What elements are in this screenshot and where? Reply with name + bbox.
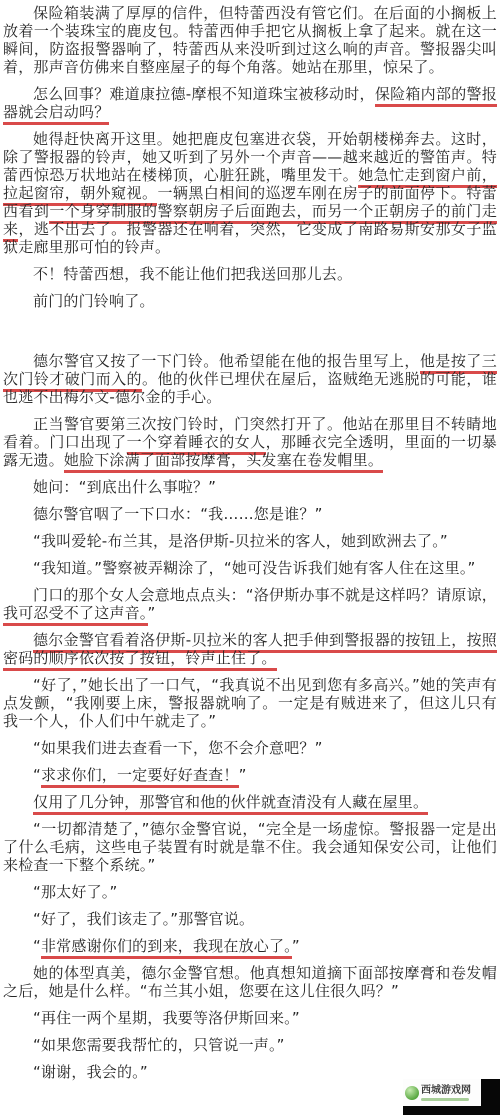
paragraph: “我叫爱轮-布兰其，是洛伊斯-贝拉米的客人，她到欧洲去了。”: [3, 532, 497, 550]
article-text: 保险箱装满了厚厚的信件，但特蕾西没有管它们。在后面的小搁板上放着一个装珠宝的鹿皮…: [3, 4, 497, 1081]
watermark: 西城游戏网: [403, 1079, 500, 1115]
paragraph-text: “那太好了。”: [33, 883, 117, 901]
paragraph: “如果我们进去查看一下，您不会介意吧？”: [3, 739, 497, 757]
paragraph: 不！特蕾西想，我不能让他们把我送回那儿去。: [3, 265, 497, 283]
paragraph-text: “好了，”她长出了一口气，“我真说不出见到您有多高兴。”她的笑声有点发颤，“我刚…: [3, 676, 497, 730]
paragraph-text: “再住一两个星期，我要等洛伊斯回来。”: [33, 1009, 300, 1027]
paragraph-text: “我知道。”警察被弄糊涂了，“她可没告诉我们她有客人住在这里。”: [33, 559, 476, 577]
paragraph-text: 德尔警官又按了一下门铃。他希望能在他的报告里写上，: [33, 352, 420, 370]
paragraph: “那太好了。”: [3, 883, 497, 901]
watermark-logo: 西城游戏网: [403, 1079, 481, 1106]
paragraph-text: “: [33, 937, 41, 955]
paragraph-text: “好了，我们该走了。”那警官说。: [33, 910, 254, 928]
paragraph: “好了，”她长出了一口气，“我真说不出见到您有多高兴。”她的笑声有点发颤，“我刚…: [3, 676, 497, 730]
paragraph-text: “谢谢，我会的。”: [33, 1063, 148, 1081]
paragraph: 德尔警官又按了一下门铃。他希望能在他的报告里写上，他是按了三次门铃才破门而入的。…: [3, 352, 497, 406]
paragraph: 正当警官要第三次按门铃时，门突然打开了。他站在那里目不转睛地看着。门口出现了一个…: [3, 415, 497, 469]
paragraph-text: 怎么回事？难道康拉德-摩根不知道珠宝被移动时，: [33, 85, 375, 103]
paragraph: 仅用了几分钟，那警官和他的伙伴就查清没有人藏在屋里。: [3, 793, 497, 811]
red-underlined-text: 德尔金警官看着洛伊斯-贝拉米的客人把手伸到警报器的按钮上，按照密码的顺序依次按了…: [3, 631, 497, 671]
paragraph: 德尔金警官看着洛伊斯-贝拉米的客人把手伸到警报器的按钮上，按照密码的顺序依次按了…: [3, 631, 497, 667]
article-page: 保险箱装满了厚厚的信件，但特蕾西没有管它们。在后面的小搁板上放着一个装珠宝的鹿皮…: [0, 0, 500, 1081]
paragraph: 前门的门铃响了。: [3, 292, 497, 310]
red-underlined-text: 非常感谢你们的到来，我现在放心了。: [41, 937, 292, 959]
paragraph: 门口的那个女人会意地点点头：“洛伊斯办事不就是这样吗？请原谅，我可忍受不了这声音…: [3, 586, 497, 622]
paragraph: 她得赶快离开这里。她把鹿皮包塞进衣袋，开始朝楼梯奔去。这时，除了警报器的铃声，她…: [3, 130, 497, 256]
paragraph: 她问：“到底出什么事啦？”: [3, 478, 497, 496]
watermark-globe-icon: [405, 1086, 419, 1100]
paragraph: “好了，我们该走了。”那警官说。: [3, 910, 497, 928]
red-underlined-text: 她脸下涂满了面部按摩膏，头发塞在卷发帽里。: [64, 451, 383, 473]
paragraph-text: ，逃不出去了。报警器还在响着，突然，它变成了南路易斯安那女子监狱走廊里那可怕的铃…: [3, 220, 497, 256]
paragraph-text: 门口的那个女人会意地点点头：“洛伊斯办事不就是这样吗？请原谅，: [33, 586, 497, 604]
paragraph-text: 不！特蕾西想，我不能让他们把我送回那儿去。: [33, 265, 352, 283]
paragraph-text: 她问：“到底出什么事啦？”: [33, 478, 216, 496]
paragraph-text: “如果我们进去查看一下，您不会介意吧？”: [33, 739, 323, 757]
red-underlined-text: 仅用了几分钟，那警官和他的伙伴就查清没有人藏在屋里。: [33, 793, 428, 815]
red-underlined-text: 求求你们，一定要好好查查！: [41, 766, 239, 788]
watermark-site-name: 西城游戏网: [421, 1085, 471, 1096]
paragraph: “求求你们，一定要好好查查！”: [3, 766, 497, 784]
paragraph-text: 她的体型真美，德尔金警官想。他真想知道摘下面部按摩膏和卷发帽之后，她是什么样。“…: [3, 964, 497, 1000]
paragraph-text: “一切都清楚了，”德尔金警官说，“完全是一场虚惊。警报器一定是出了什么毛病，这些…: [3, 820, 497, 874]
paragraph-text: 保险箱装满了厚厚的信件，但特蕾西没有管它们。在后面的小搁板上放着一个装珠宝的鹿皮…: [3, 4, 497, 76]
paragraph: 怎么回事？难道康拉德-摩根不知道珠宝被移动时，保险箱内部的警报器就会启动吗？: [3, 85, 497, 121]
paragraph-text: 德尔警官咽了一下口水：“我……您是谁？”: [33, 505, 323, 523]
paragraph: “一切都清楚了，”德尔金警官说，“完全是一场虚惊。警报器一定是出了什么毛病，这些…: [3, 820, 497, 874]
paragraph: 德尔警官咽了一下口水：“我……您是谁？”: [3, 505, 497, 523]
paragraph: “非常感谢你们的到来，我现在放心了。”: [3, 937, 497, 955]
paragraph-text: ”: [292, 937, 300, 955]
paragraph-text: ”: [239, 766, 247, 784]
paragraph: 她的体型真美，德尔金警官想。他真想知道摘下面部按摩膏和卷发帽之后，她是什么样。“…: [3, 964, 497, 1000]
paragraph-text: “: [33, 766, 41, 784]
paragraph-text: 前门的门铃响了。: [33, 292, 155, 310]
red-underlined-text: 我可忍受不了这声音。: [3, 604, 148, 626]
paragraph-text: “我叫爱轮-布兰其，是洛伊斯-贝拉米的客人，她到欧洲去了。”: [33, 532, 448, 550]
paragraph-text: “如果您需要我帮忙的，只管说一声。”: [33, 1036, 285, 1054]
paragraph-text: ”: [148, 604, 156, 622]
paragraph: “如果您需要我帮忙的，只管说一声。”: [3, 1036, 497, 1054]
paragraph: 保险箱装满了厚厚的信件，但特蕾西没有管它们。在后面的小搁板上放着一个装珠宝的鹿皮…: [3, 4, 497, 76]
paragraph: “再住一两个星期，我要等洛伊斯回来。”: [3, 1009, 497, 1027]
watermark-subtext-decoration: [421, 1098, 469, 1101]
paragraph: “我知道。”警察被弄糊涂了，“她可没告诉我们她有客人住在这里。”: [3, 559, 497, 577]
